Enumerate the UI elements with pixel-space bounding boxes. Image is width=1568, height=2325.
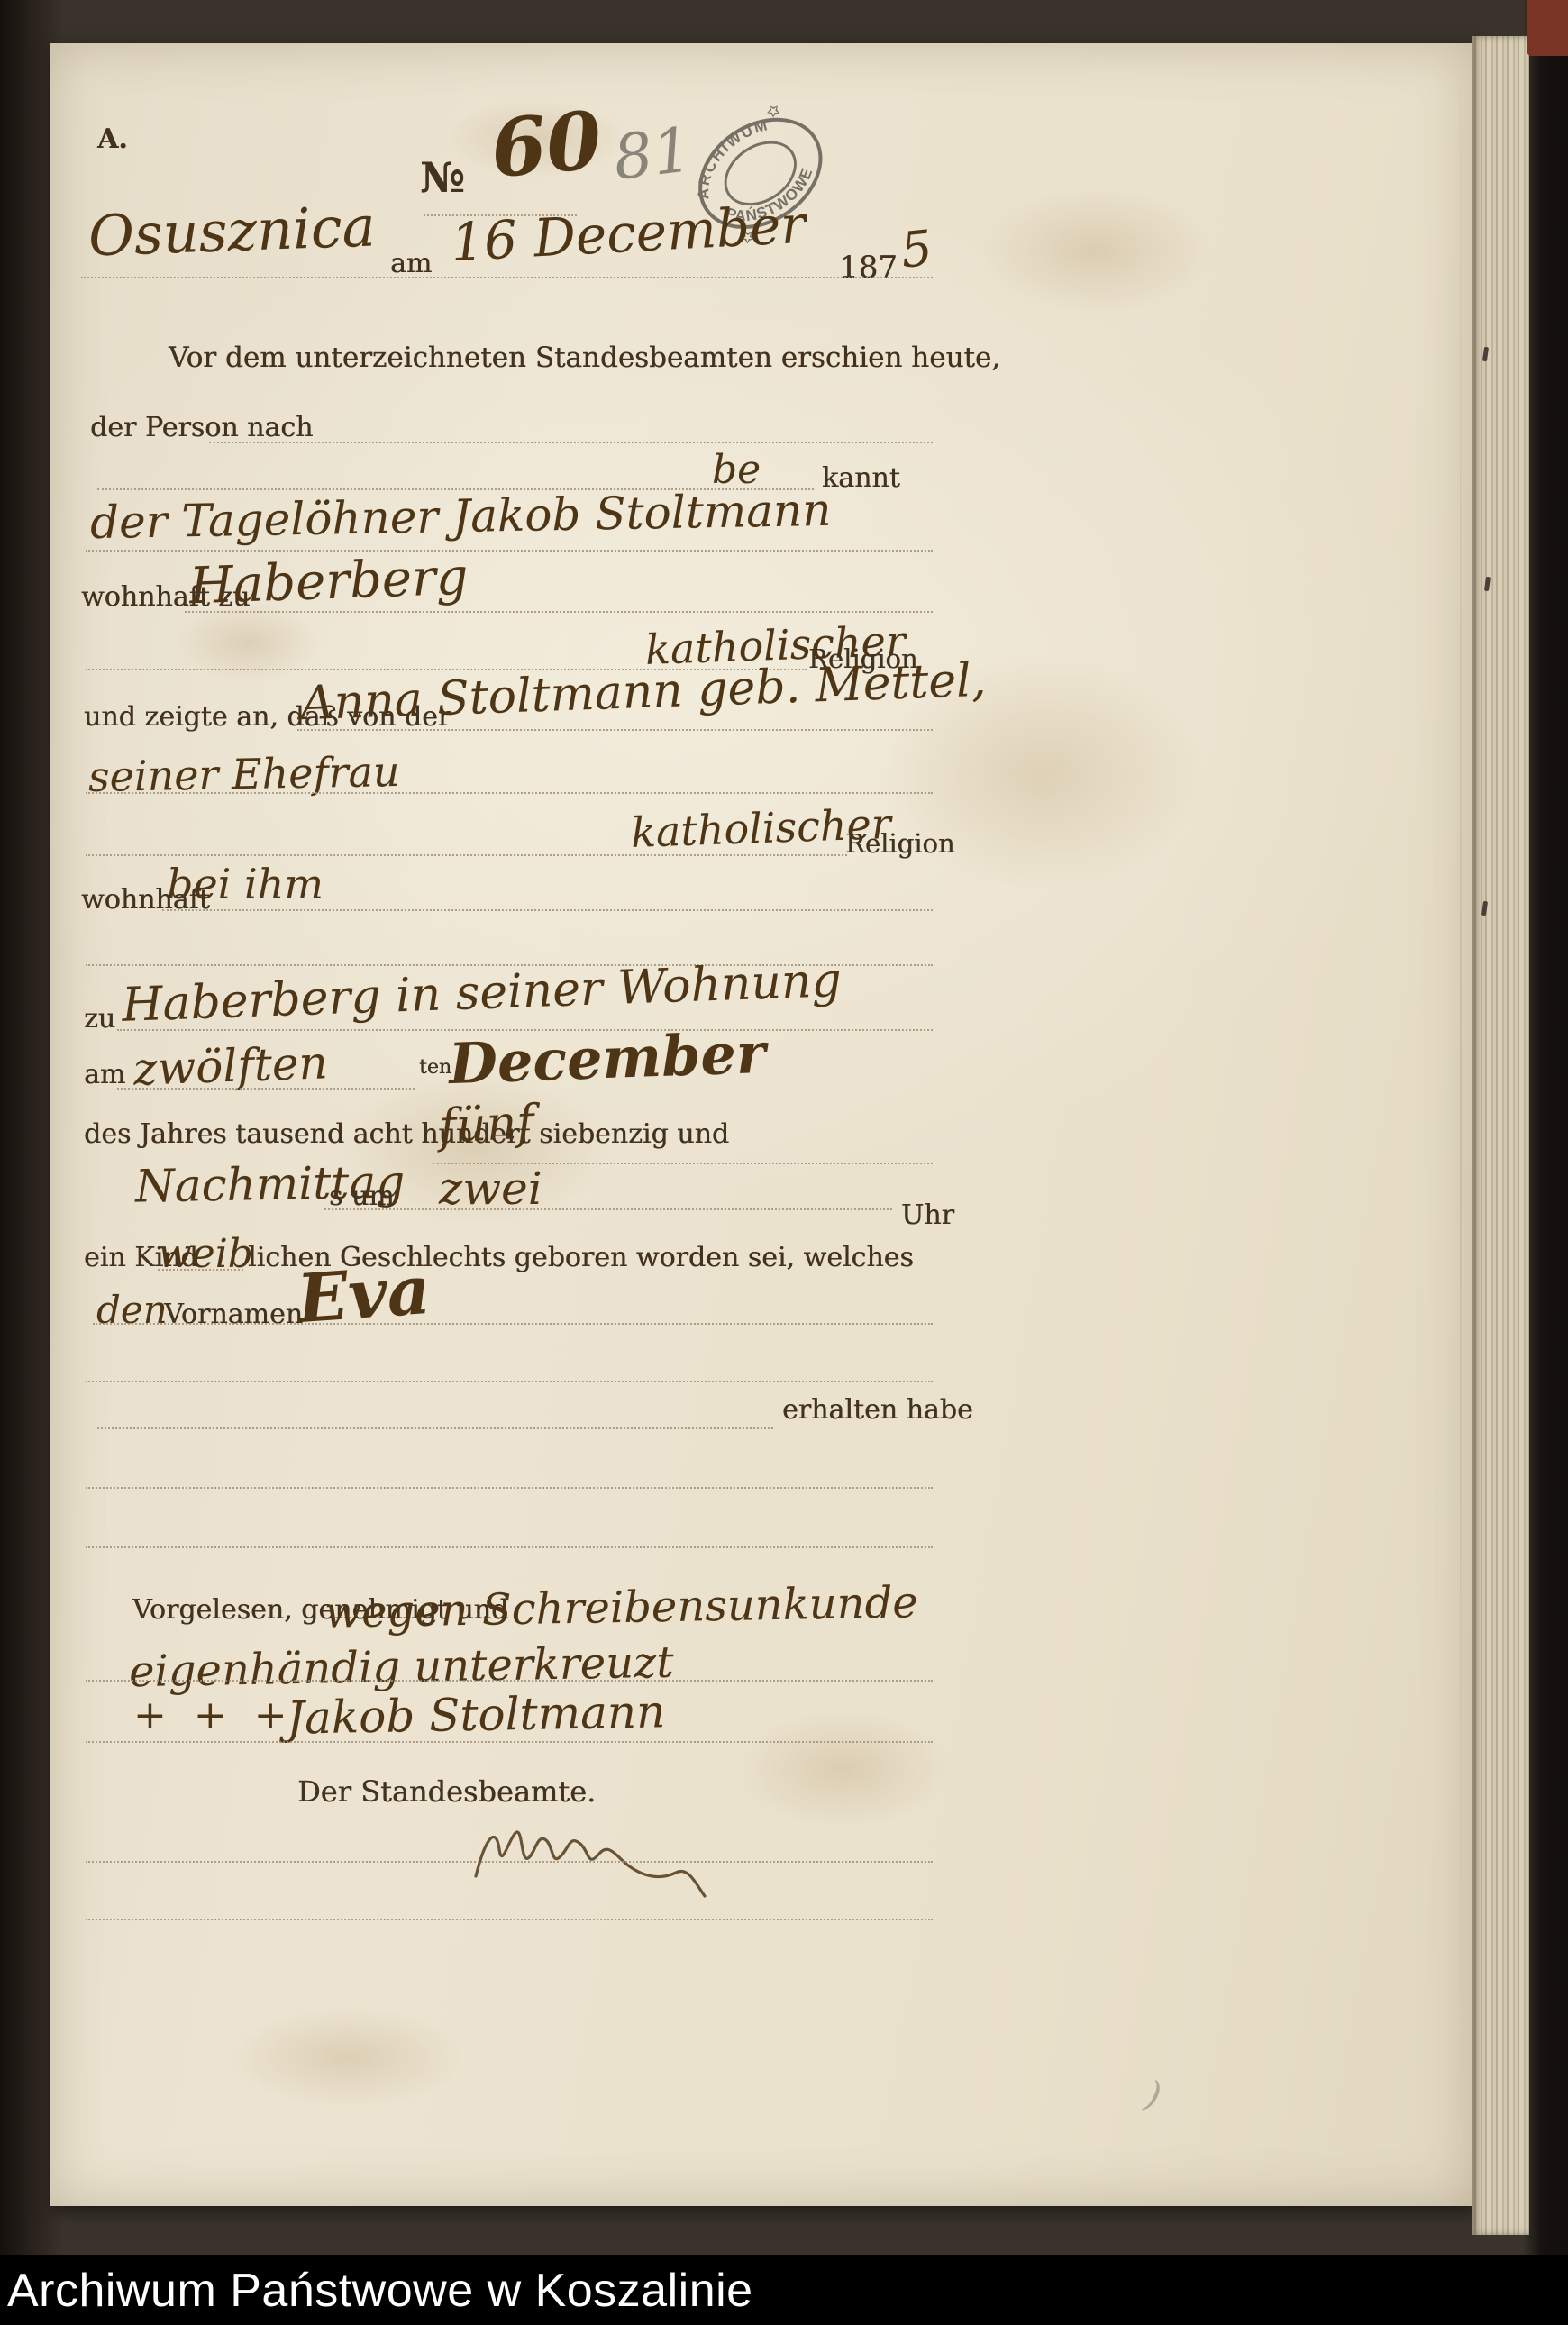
dotted-line: [81, 277, 933, 278]
s-um-label: s um: [329, 1183, 395, 1210]
person-nach-label: der Person nach: [90, 415, 313, 442]
form-letter-a: A.: [97, 126, 128, 153]
record-number-handwritten: 60: [488, 100, 605, 188]
dotted-line: [86, 1919, 933, 1920]
dotted-line: [297, 729, 933, 731]
dotted-line: [86, 1487, 933, 1489]
dotted-line: [324, 1208, 892, 1210]
dotted-line: [86, 1680, 933, 1682]
dotted-line: [209, 442, 933, 443]
uhr-label: Uhr: [901, 1202, 954, 1229]
ehefrau-entry: seiner Ehefrau: [88, 751, 400, 798]
dotted-line: [86, 854, 847, 856]
dotted-line: [86, 792, 933, 794]
birth-month-entry: December: [448, 1026, 766, 1092]
dotted-line: [86, 1861, 933, 1863]
declarant-signature-name: Jakob Stoltmann: [287, 1689, 666, 1740]
standesbeamte-label: Der Standesbeamte.: [297, 1777, 596, 1806]
hour-entry: zwei: [439, 1166, 542, 1211]
signature-crosses: + + +: [133, 1696, 295, 1736]
am-label: am: [390, 251, 432, 278]
page-fold-crease: [1460, 81, 1462, 2163]
year-words-clause: des Jahres tausend acht hundert siebenzi…: [84, 1121, 729, 1148]
birth-day-entry: zwölften: [132, 1040, 328, 1091]
dotted-line: [86, 1741, 933, 1743]
dotted-line: [86, 1546, 933, 1548]
registrar-signature: [469, 1813, 712, 1903]
photo-of-register-page: A. № 60 81 ARCHIWUM PAŃSTWOWE ✩ ✩ Osuszn…: [0, 0, 1568, 2325]
eigenhaendig-entry: eigenhändig unterkreuzt: [129, 1641, 674, 1694]
paper-stain: [230, 2008, 464, 2107]
declarant-entry: der Tagelöhner Jakob Stoltmann: [90, 488, 832, 545]
ten-suffix-label: ten: [419, 1058, 451, 1078]
kannt-label: kannt: [822, 465, 900, 492]
mother-residence-entry: bei ihm: [167, 863, 324, 905]
number-sign-label: №: [420, 157, 465, 198]
dotted-line: [162, 909, 933, 911]
paper-stain: [734, 1710, 951, 1828]
religion-label: Religion: [845, 831, 955, 857]
paper-stain: [978, 187, 1212, 314]
residence-entry: Haberberg: [188, 552, 469, 613]
intro-clause: Vor dem unterzeichneten Standesbeamten e…: [169, 344, 1000, 372]
am-label: am: [84, 1062, 125, 1089]
archive-caption-bar: Archiwum Państwowe w Koszalinie: [0, 2255, 1568, 2325]
dotted-line: [158, 1269, 243, 1271]
child-first-name-entry: Eva: [296, 1257, 433, 1333]
dotted-line: [93, 1323, 933, 1325]
dotted-line: [86, 1381, 933, 1382]
year-digit-entry: 5: [898, 223, 934, 275]
dotted-line: [86, 550, 933, 552]
year-word-entry: fünf: [438, 1099, 535, 1150]
erhalten-habe-label: erhalten habe: [782, 1397, 973, 1424]
place-name-entry: Osusznica: [87, 198, 376, 264]
zu-label: zu: [84, 1006, 115, 1033]
red-book-tab: [1527, 0, 1568, 56]
wegen-entry: wegen Schreibensunkunde: [324, 1581, 918, 1634]
book-page-edges: [1472, 36, 1529, 2235]
dotted-line: [117, 1088, 415, 1090]
dotted-line: [97, 1427, 773, 1429]
dotted-line: [185, 611, 933, 613]
archive-caption-text: Archiwum Państwowe w Koszalinie: [7, 2264, 753, 2318]
